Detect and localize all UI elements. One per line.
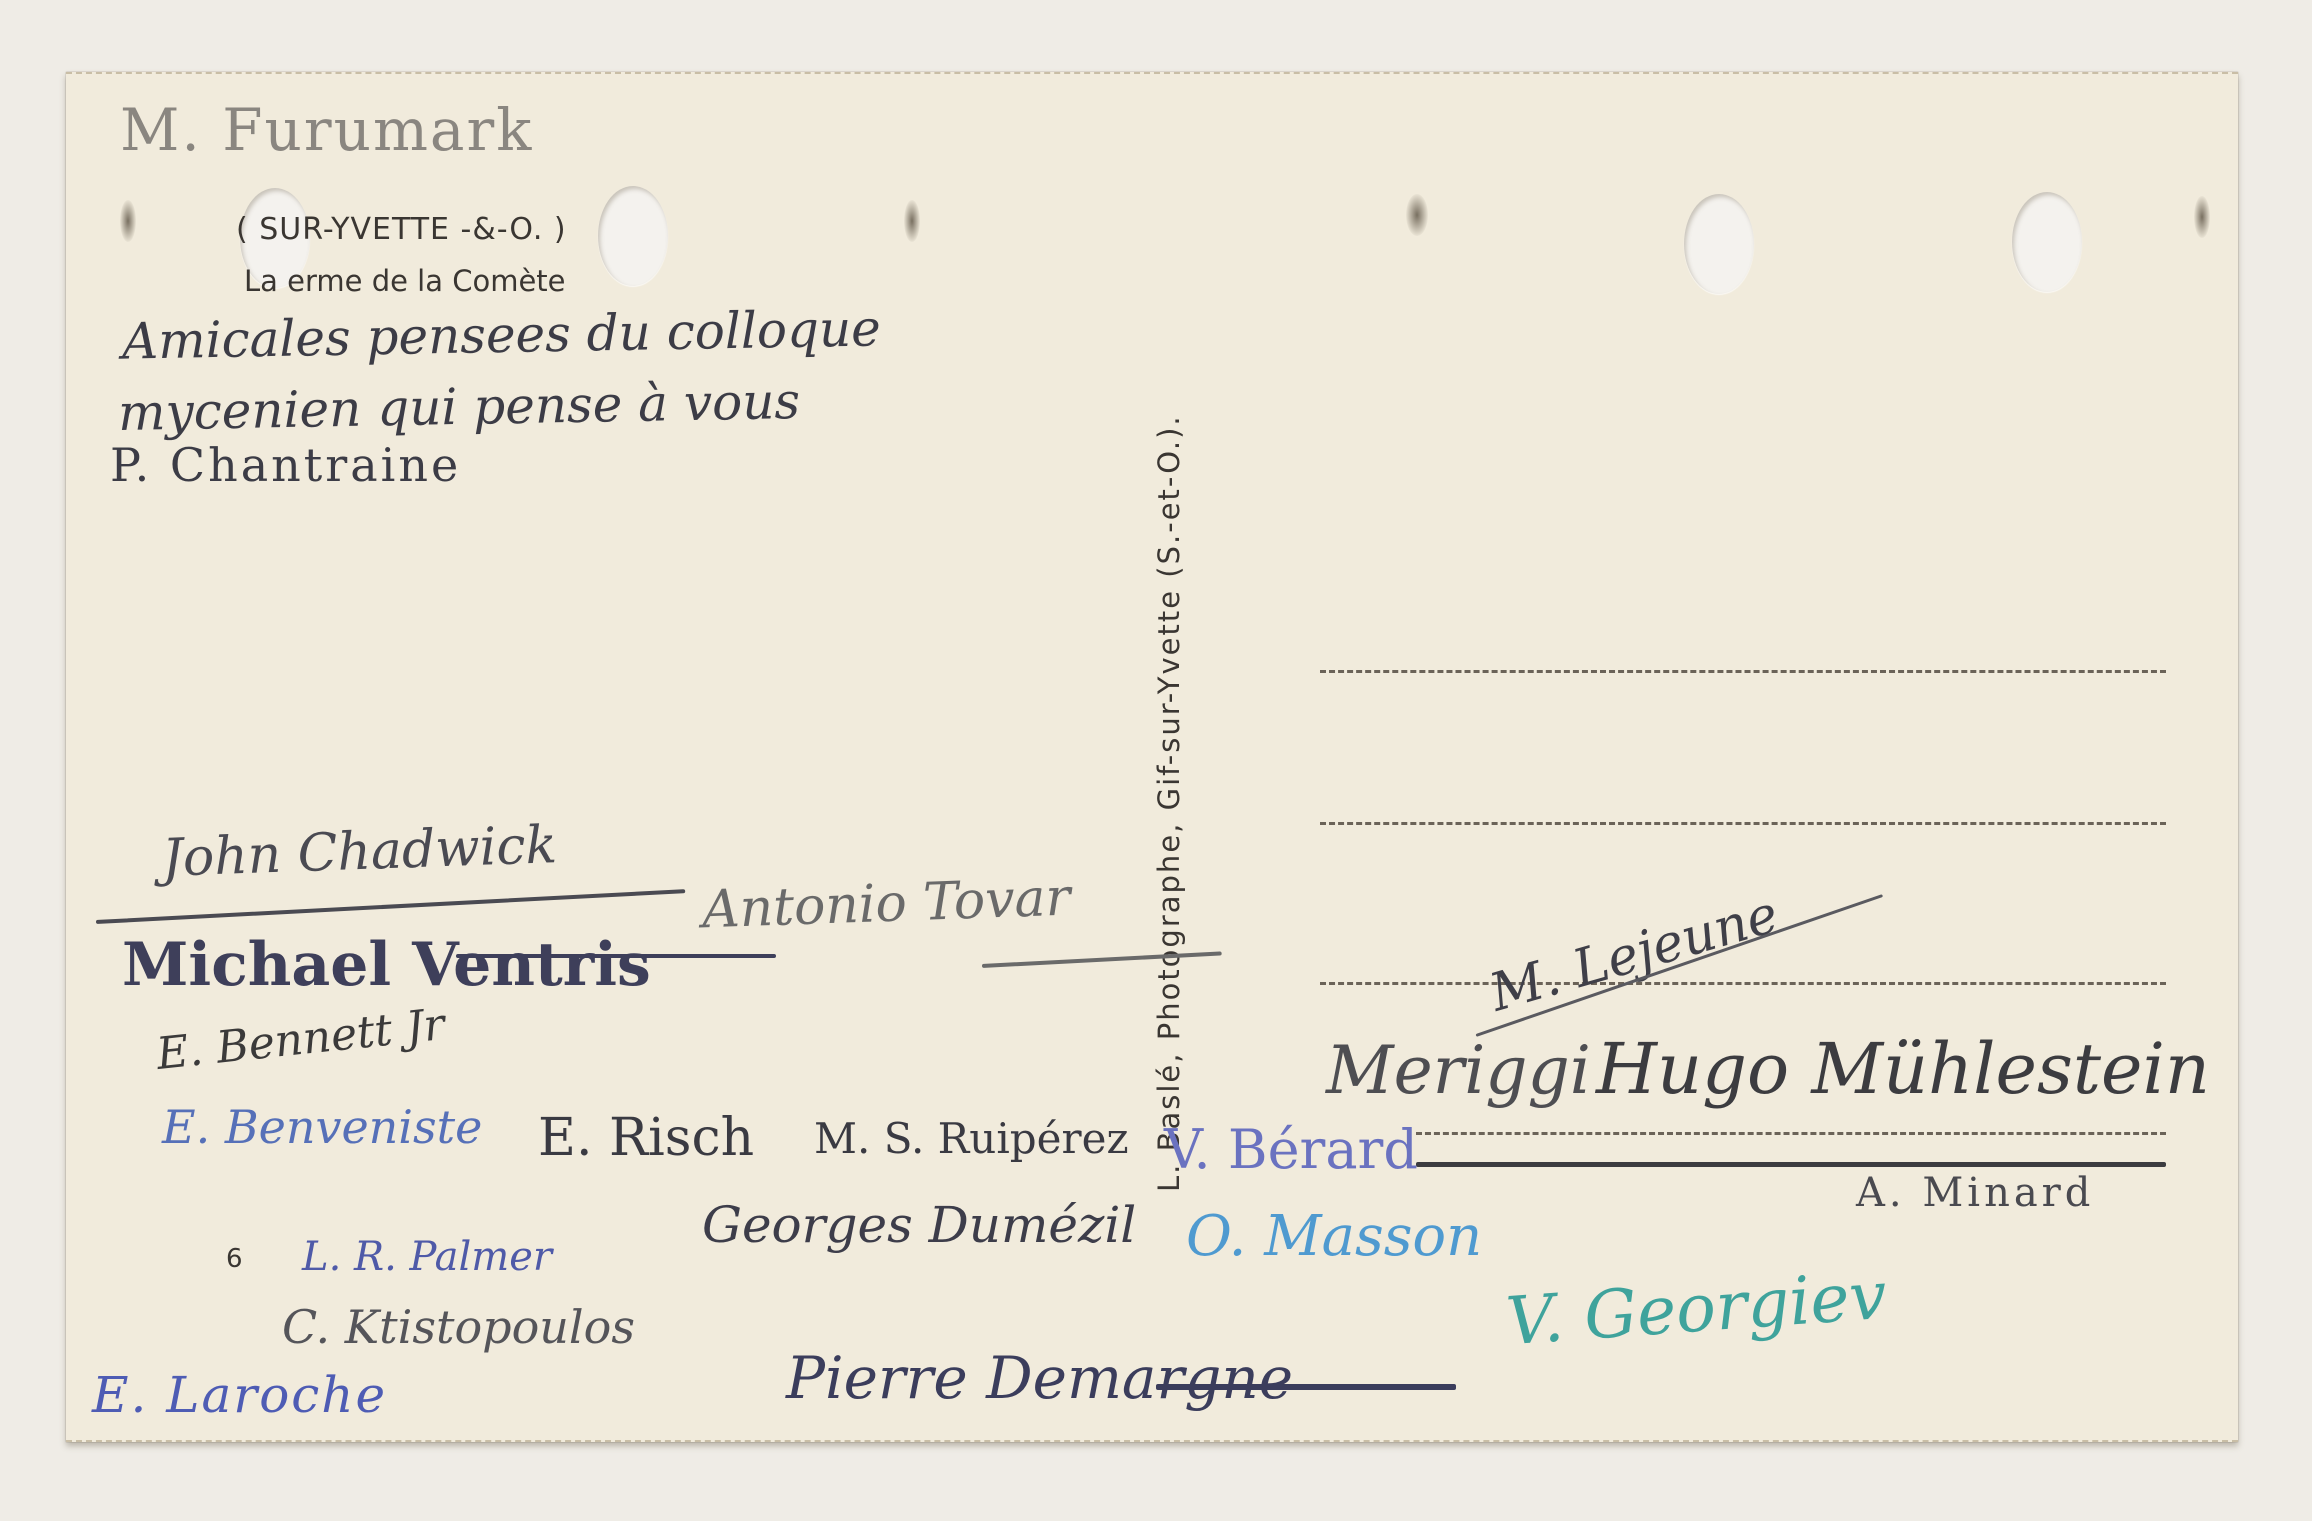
address-line xyxy=(1320,982,2166,985)
signature-meriggi: Meriggi xyxy=(1326,1032,1591,1109)
signature-laroche: E. Laroche xyxy=(92,1366,387,1424)
smudge-mark xyxy=(1406,194,1428,236)
pencil-note: M. Furumark xyxy=(120,96,533,164)
signature-minard: A. Minard xyxy=(1856,1170,2094,1216)
underline-stroke xyxy=(96,889,685,924)
signature-ktistopoulos: C. Ktistopoulos xyxy=(282,1300,635,1354)
signature-dumezil: Georges Dumézil xyxy=(702,1196,1136,1254)
signature-lejeune: M. Lejeune xyxy=(1483,884,1784,1023)
address-line xyxy=(1320,670,2166,673)
signature-chadwick: John Chadwick xyxy=(161,815,558,889)
underline-stroke xyxy=(456,954,776,958)
signature-masson: O. Masson xyxy=(1186,1204,1482,1269)
publisher-credit: L. Baslé, Photographe, Gif-sur-Yvette (S… xyxy=(1152,414,1186,1192)
smudge-mark xyxy=(904,200,920,242)
signature-georgiev: V. Georgiev xyxy=(1504,1257,1889,1360)
punch-hole xyxy=(1684,194,1754,294)
address-line xyxy=(1416,1132,2166,1135)
message-line-2: mycenien qui pense à vous xyxy=(118,372,801,442)
signature-ruiperez: M. S. Ruipérez xyxy=(814,1114,1129,1163)
signature-risch: E. Risch xyxy=(538,1108,754,1168)
message-line-1: Amicales pensees du colloque xyxy=(122,299,882,370)
card-number: 6 xyxy=(226,1244,243,1274)
underline-stroke xyxy=(1416,1162,2166,1167)
signature-berard: V. Bérard xyxy=(1164,1118,1418,1181)
location-title: ( SUR-YVETTE -&-O. ) xyxy=(236,212,567,247)
smudge-mark xyxy=(2194,196,2210,238)
underline-stroke xyxy=(1156,1384,1456,1390)
punch-hole xyxy=(2012,192,2082,292)
signature-tovar: Antonio Tovar xyxy=(701,868,1071,941)
signature-palmer: L. R. Palmer xyxy=(302,1234,552,1280)
punch-hole xyxy=(598,186,668,286)
postcard-back: M. Furumark ( SUR-YVETTE -&-O. ) La erme… xyxy=(66,72,2238,1442)
signature-bennett: E. Bennett Jr xyxy=(154,999,447,1080)
address-line xyxy=(1320,822,2166,825)
signature-demargne: Pierre Demargne xyxy=(786,1344,1293,1412)
signature-benveniste: E. Benveniste xyxy=(162,1100,482,1154)
signature-ventris: Michael Ventris xyxy=(122,930,651,1000)
location-subtitle: La erme de la Comète xyxy=(244,264,566,298)
signature-muhlestein: Hugo Mühlestein xyxy=(1596,1028,2210,1110)
message-signature: P. Chantraine xyxy=(110,438,461,492)
smudge-mark xyxy=(120,200,136,242)
